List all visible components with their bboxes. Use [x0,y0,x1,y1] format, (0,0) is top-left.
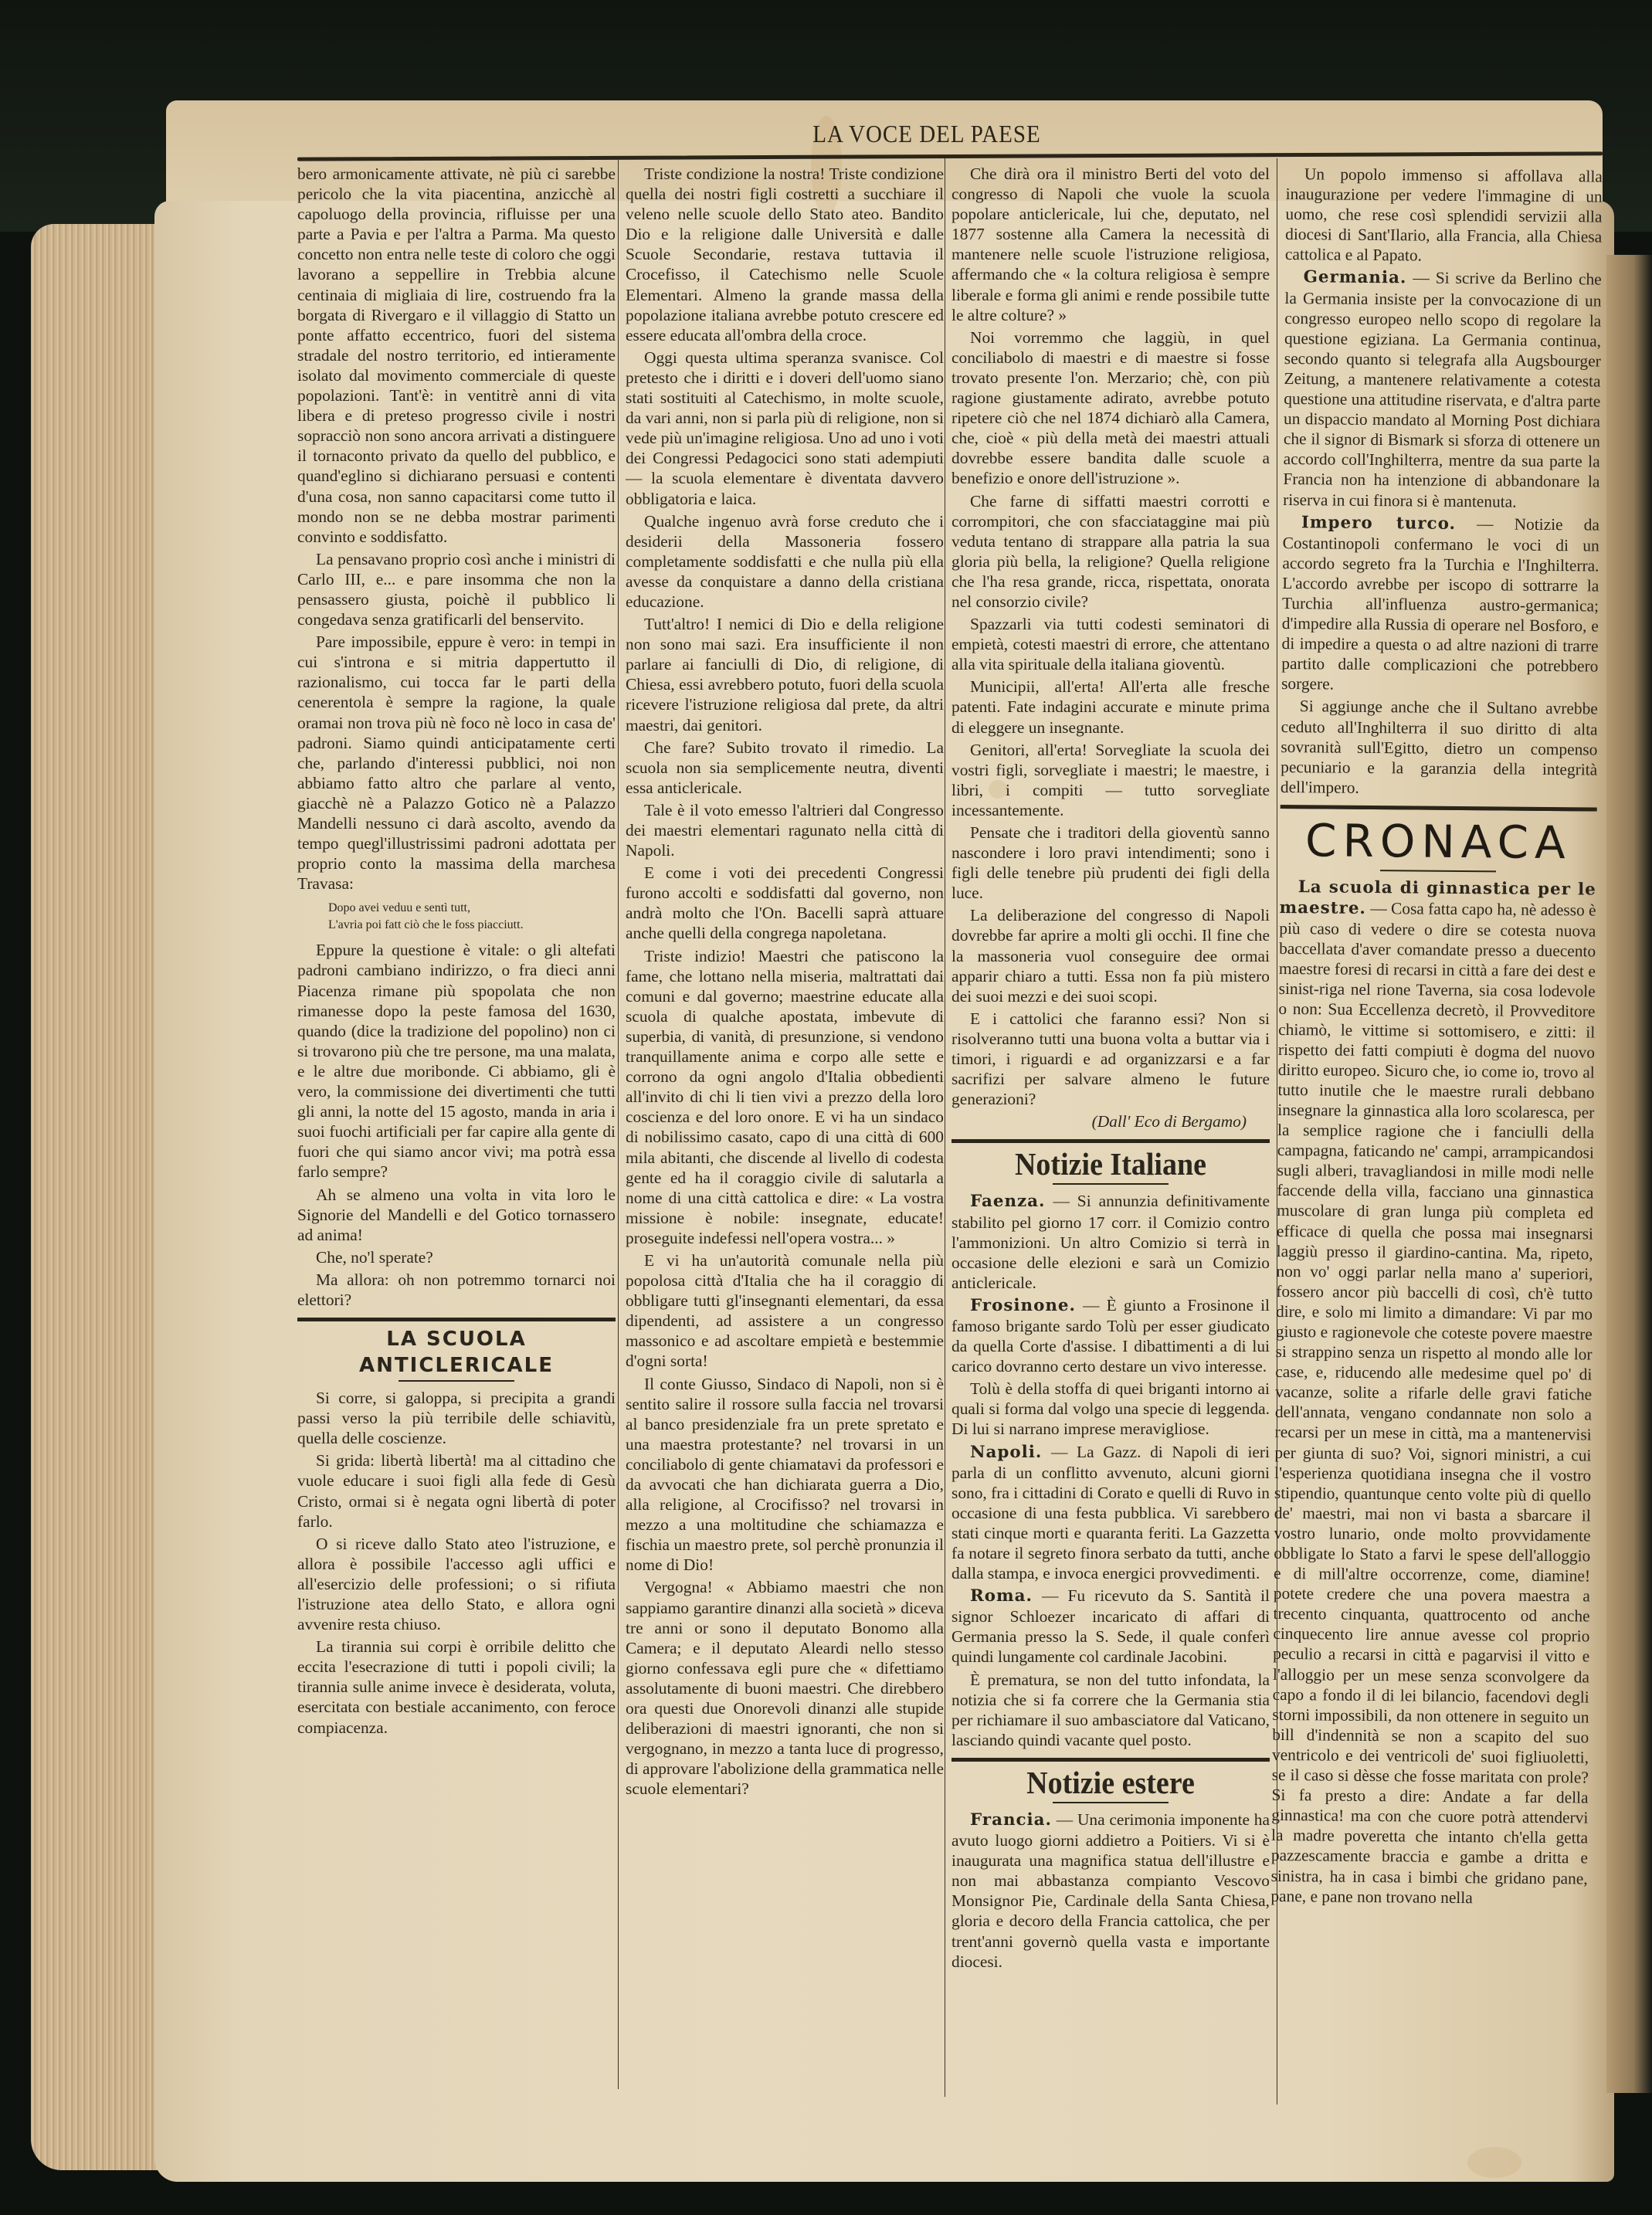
section-rule [297,1318,616,1321]
article-paragraph: La tirannia sui corpi è orribile delitto… [297,1637,616,1737]
column-4: Un popolo immenso si affollava alla inau… [1270,164,1603,1908]
dash-separator: — [1406,269,1436,287]
article-paragraph: Tolù è della stoffa di quei briganti int… [952,1379,1270,1439]
masthead: LA VOCE DEL PAESE [772,120,1081,148]
news-dateline: Frosinone. [970,1296,1076,1315]
article-paragraph: La pensavano proprio così anche i minist… [297,549,616,629]
book-right-edge [1606,255,1652,2093]
article-paragraph: Si corre, si galoppa, si precipita a gra… [297,1388,616,1448]
article-paragraph: Qualche ingenuo avrà forse creduto che i… [626,511,944,612]
news-text: Cosa fatta capo ha, nè adesso è più caso… [1270,899,1596,1907]
article-paragraph: Si aggiunge anche che il Sultano avrebbe… [1281,696,1598,799]
article-paragraph: Noi vorremmo che laggiù, in quel concili… [952,327,1270,489]
section-header: CRONACA [1280,805,1597,873]
article-paragraph: Spazzarli via tutti codesti seminatori d… [952,614,1270,674]
source-attribution: (Dall' Eco di Bergamo) [952,1111,1270,1131]
article-paragraph: Tale è il voto emesso l'altrieri dal Con… [626,800,944,860]
news-item: Impero turco. — Notizie da Costantinopol… [1281,512,1599,697]
dash-separator: — [1366,899,1391,918]
verse-line: Dopo avei veduu e sentì tutt, [328,900,616,917]
news-dateline: Roma. [970,1586,1033,1606]
section-header: LA SCUOLA ANTICLERICALE [297,1318,616,1382]
news-item: La scuola di ginnastica per le maestre. … [1270,877,1596,1908]
article-paragraph: Pensate che i traditori della gioventù s… [952,823,1270,903]
article-paragraph: Il conte Giusso, Sindaco di Napoli, non … [626,1374,944,1576]
article-paragraph: Pare impossibile, eppure è vero: in temp… [297,632,616,894]
article-paragraph: La deliberazione del congresso di Napoli… [952,905,1270,1006]
article-paragraph: E vi ha un'autorità comunale nella più p… [626,1250,944,1372]
news-item: Faenza. — Si annunzia definitivamente st… [952,1191,1270,1292]
news-dateline: Francia. [970,1810,1052,1830]
section-rule [952,1139,1270,1143]
news-dateline: Faenza. [970,1192,1046,1211]
article-paragraph: Si grida: libertà libertà! ma al cittadi… [297,1450,616,1531]
news-item: Francia. — Una cerimonia imponente ha av… [952,1810,1270,1972]
article-paragraph: O si riceve dallo Stato ateo l'istruzion… [297,1534,616,1634]
news-item: Napoli. — La Gazz. di Napoli di ieri par… [952,1442,1270,1584]
column-divider [945,158,945,2097]
news-text: Notizie da Costantinopoli confermano le … [1281,514,1599,694]
article-paragraph: Che fare? Subito trovato il rimedio. La … [626,738,944,798]
article-paragraph: Che farne di siffatti maestri corrotti e… [952,491,1270,612]
column-2: Triste condizione la nostra! Triste cond… [626,164,944,1799]
column-1: bero armonicamente attivate, nè più ci s… [297,164,616,1738]
verse-line: L'avria poi fatt ciò che le foss piacciu… [328,917,616,934]
section-header: Notizie Italiane [952,1139,1270,1185]
title-underline [1053,1802,1169,1803]
title-underline [1053,1183,1169,1185]
news-text: La Gazz. di Napoli di ieri parla di un c… [952,1443,1270,1583]
article-paragraph: E come i voti dei precedenti Congressi f… [626,863,944,943]
column-divider [618,158,619,2089]
news-text: Si scrive da Berlino che la Germania ins… [1283,269,1602,511]
section-rule [1281,805,1597,812]
section-title: CRONACA [1280,813,1597,870]
column-3: Che dirà ora il ministro Berti del voto … [952,164,1270,1972]
article-paragraph: Oggi questa ultima speranza svanisce. Co… [626,348,944,509]
section-title: Notizie estere [952,1765,1270,1802]
dash-separator: — [1042,1443,1077,1461]
news-dateline: Impero turco. [1301,513,1456,534]
dash-separator: — [1046,1192,1077,1210]
article-paragraph: Triste indizio! Maestri che patiscono la… [626,946,944,1248]
article-paragraph: Triste condizione la nostra! Triste cond… [626,164,944,345]
news-dateline: Napoli. [970,1443,1042,1462]
section-rule [952,1758,1270,1762]
article-paragraph: Un popolo immenso si affollava alla inau… [1285,164,1603,267]
section-title: Notizie Italiane [952,1147,1270,1184]
title-underline [1380,870,1496,872]
news-dateline: Germania. [1304,268,1407,288]
title-underline [399,1380,514,1382]
article-paragraph: Vergogna! « Abbiamo maestri che non sapp… [626,1577,944,1799]
article-paragraph: Ah se almeno una volta in vita loro le S… [297,1185,616,1245]
news-item: Roma. — Fu ricevuto da S. Santità il sig… [952,1586,1270,1667]
verse-quote: Dopo avei veduu e sentì tutt,L'avria poi… [297,900,616,934]
article-paragraph: E i cattolici che faranno essi? Non si r… [952,1009,1270,1109]
news-item: Frosinone. — È giunto a Frosinone il fam… [952,1295,1270,1376]
article-paragraph: Eppure la questione è vitale: o gli alte… [297,940,616,1182]
article-paragraph: Genitori, all'erta! Sorvegliate la scuol… [952,740,1270,820]
section-title: LA SCUOLA ANTICLERICALE [297,1326,616,1379]
dash-separator: — [1456,514,1515,534]
dash-separator: — [1052,1810,1077,1829]
dash-separator: — [1033,1586,1067,1605]
news-text: Una cerimonia imponente ha avuto luogo g… [952,1810,1270,1971]
dash-separator: — [1076,1296,1107,1314]
article-paragraph: Tutt'altro! I nemici di Dio e della reli… [626,614,944,735]
news-item: Germania. — Si scrive da Berlino che la … [1283,266,1602,512]
article-paragraph: Municipii, all'erta! All'erta alle fresc… [952,677,1270,737]
article-paragraph: Ma allora: oh non potremmo tornarci noi … [297,1270,616,1310]
article-paragraph: È prematura, se non del tutto infondata,… [952,1670,1270,1750]
article-paragraph: Che, no'l sperate? [297,1247,616,1267]
paper-stain [1467,2147,1521,2178]
section-header: Notizie estere [952,1758,1270,1803]
article-paragraph: Che dirà ora il ministro Berti del voto … [952,164,1270,325]
article-paragraph: bero armonicamente attivate, nè più ci s… [297,164,616,547]
